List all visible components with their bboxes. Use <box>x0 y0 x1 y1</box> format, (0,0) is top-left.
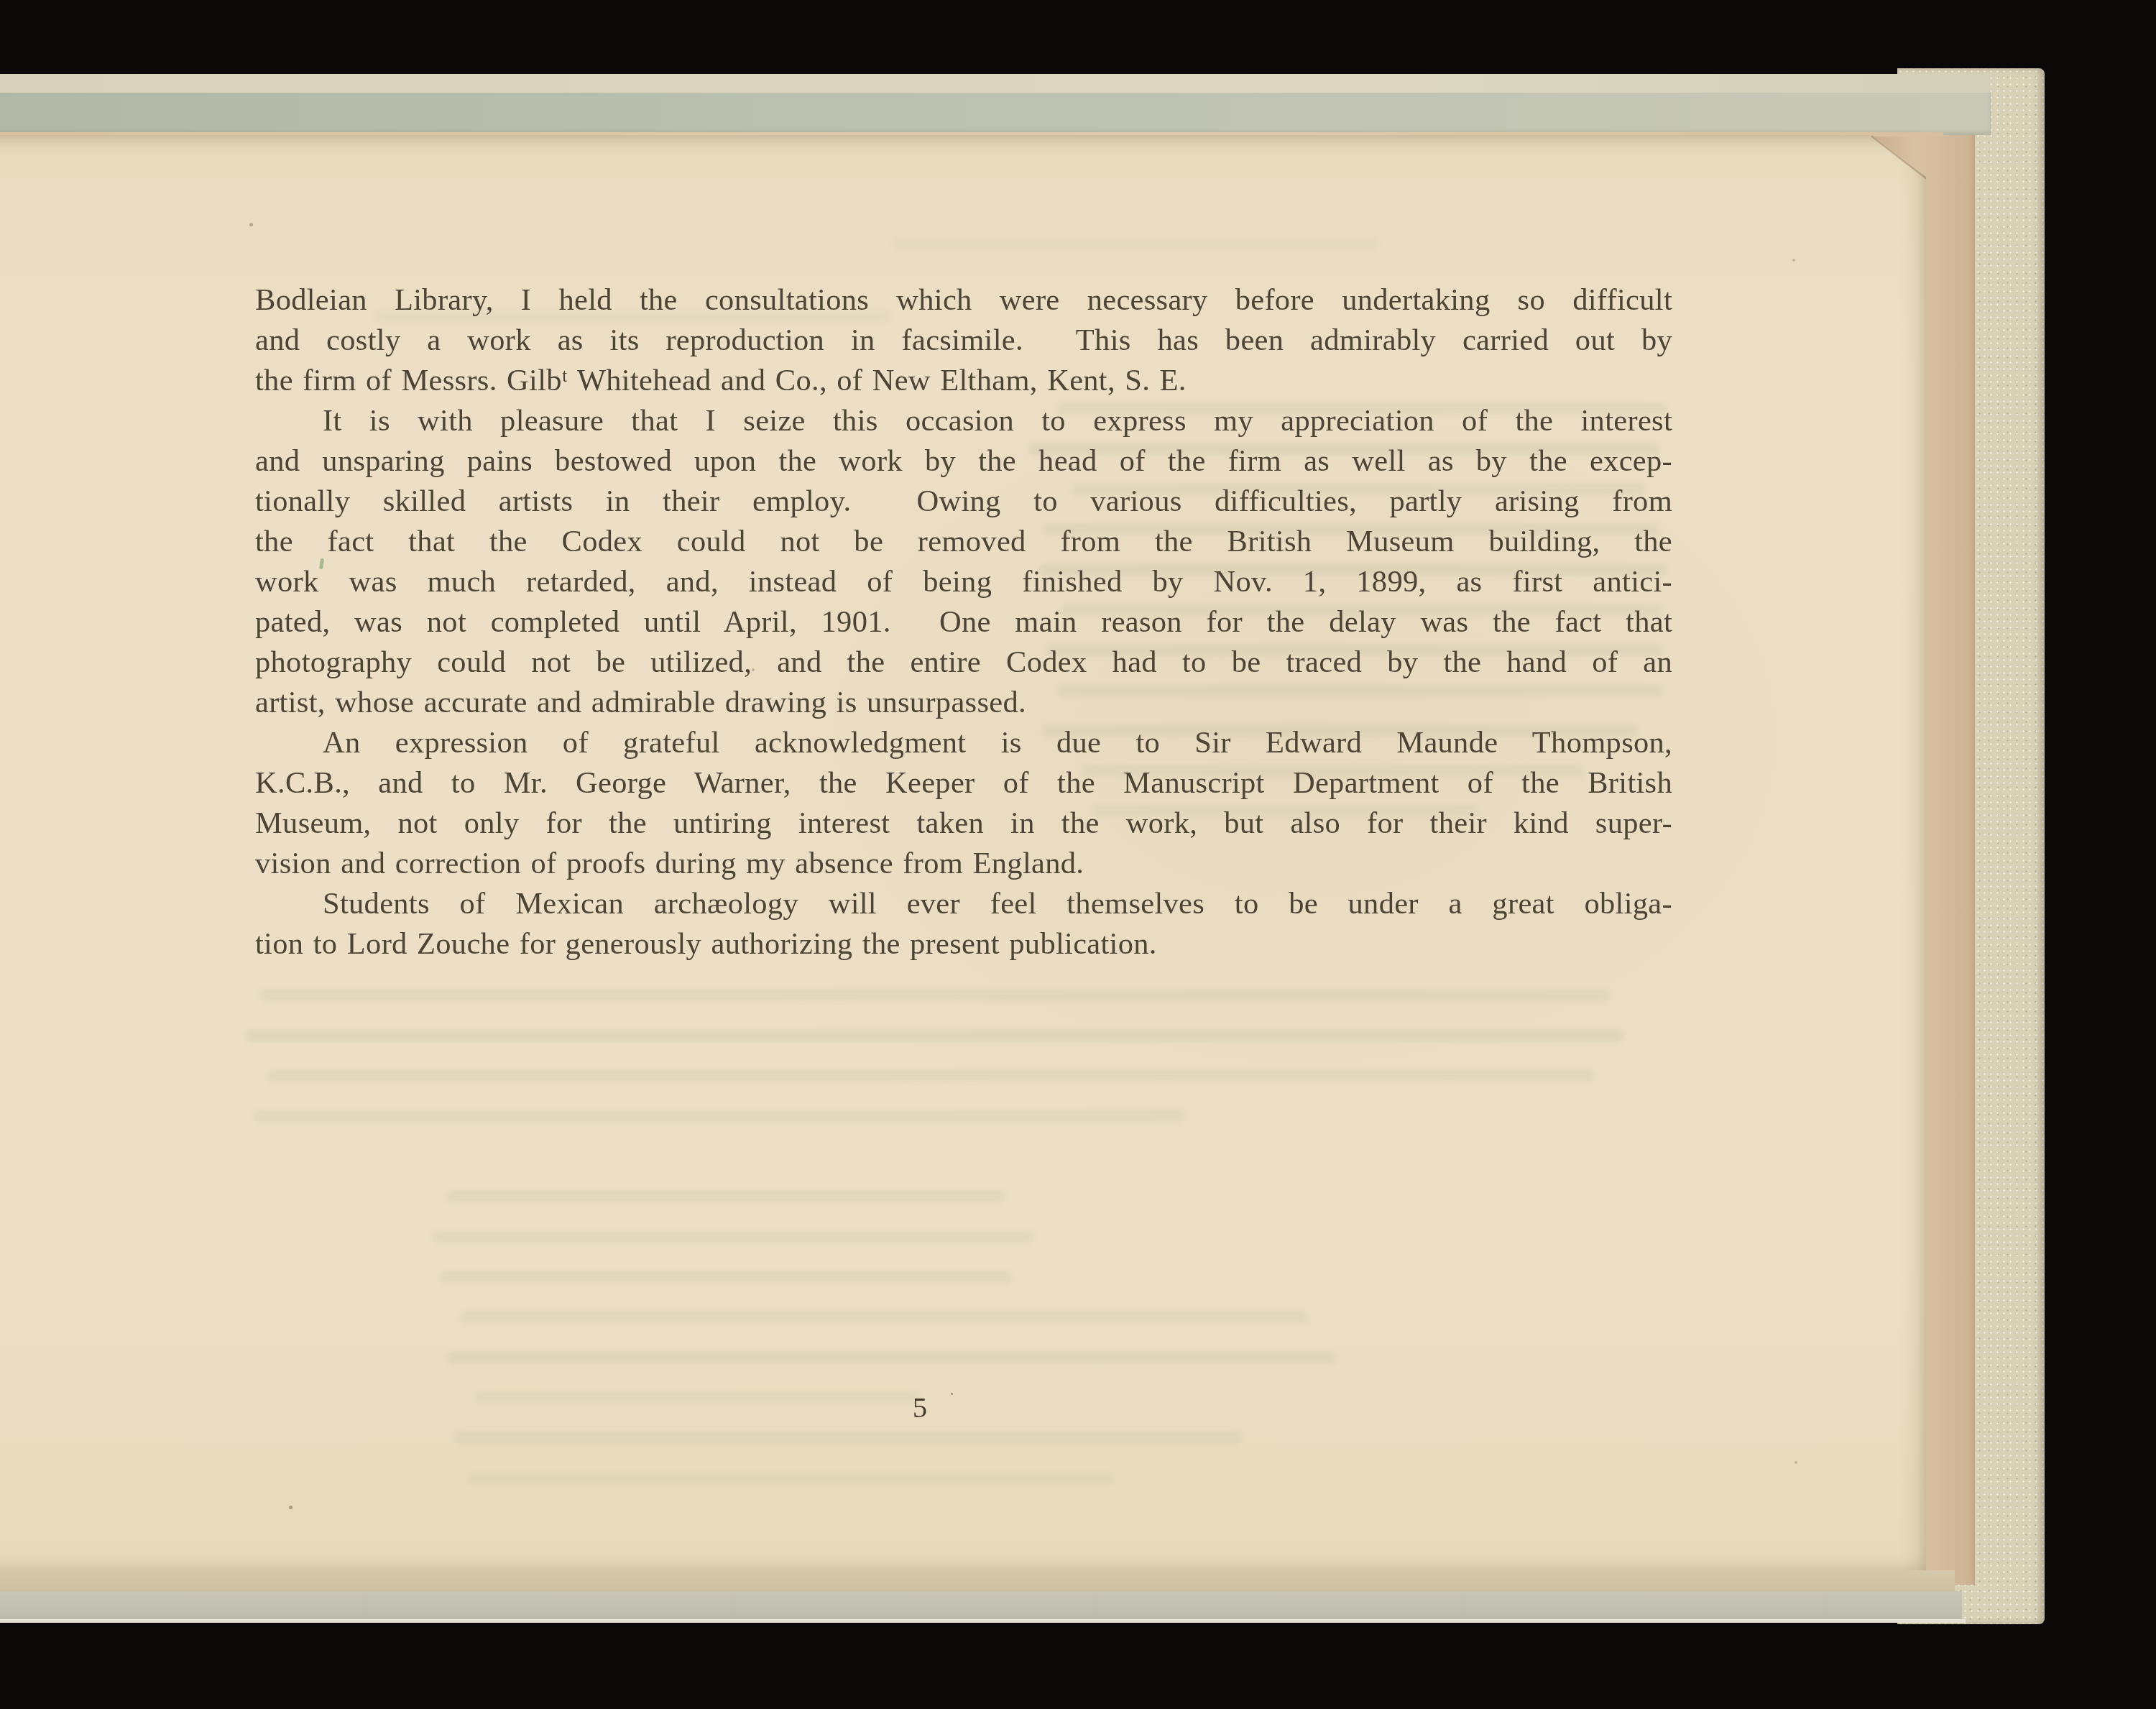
text-line: Students of Mexican archæology will ever… <box>255 884 1672 924</box>
text-line: and costly a work as its reproduction in… <box>255 321 1672 361</box>
text-line: tionally skilled artists in their employ… <box>255 482 1672 522</box>
dust-speck <box>1792 259 1795 262</box>
text-line: K.C.B., and to Mr. George Warner, the Ke… <box>255 763 1672 803</box>
text-line: photography could not be utilized, and t… <box>255 642 1672 683</box>
page-text: Bodleian Library, I held the consultatio… <box>255 280 1672 964</box>
text-line: It is with pleasure that I seize this oc… <box>255 401 1672 441</box>
text-line: tion to Lord Zouche for generously autho… <box>255 924 1672 964</box>
text-line: the fact that the Codex could not be rem… <box>255 522 1672 562</box>
dust-speck <box>752 668 755 671</box>
text-line: vision and correction of proofs during m… <box>255 844 1672 884</box>
page-edge-top-sliver <box>0 74 1991 93</box>
show-through-line <box>438 1271 1013 1284</box>
text-line: artist, whose accurate and admirable dra… <box>255 683 1672 723</box>
show-through-line <box>474 1391 920 1404</box>
tissue-guard-edge <box>0 93 1991 135</box>
show-through-line <box>453 1432 1243 1445</box>
text-line: Museum, not only for the untiring intere… <box>255 803 1672 844</box>
page-number: 5 <box>880 1390 959 1424</box>
paragraph: It is with pleasure that I seize this oc… <box>255 401 1672 723</box>
dust-speck <box>249 223 253 226</box>
show-through-line <box>431 1230 1035 1243</box>
book-page: Bodleian Library, I held the consultatio… <box>0 135 1926 1570</box>
show-through-line <box>266 1069 1595 1082</box>
show-through-line <box>891 237 1380 250</box>
show-through-line <box>446 1190 1006 1203</box>
show-through-line <box>244 1029 1624 1042</box>
dust-speck <box>951 1393 953 1395</box>
scanned-book-photo: Bodleian Library, I held the consultatio… <box>0 0 2156 1709</box>
paragraph: Bodleian Library, I held the consultatio… <box>255 280 1672 401</box>
text-line: Bodleian Library, I held the consultatio… <box>255 280 1672 321</box>
text-line: work was much retarded, and, instead of … <box>255 562 1672 602</box>
paragraph: An expression of grateful acknowledgment… <box>255 723 1672 884</box>
dust-speck <box>289 1506 292 1509</box>
text-line: An expression of grateful acknowledgment… <box>255 723 1672 763</box>
show-through-line <box>259 989 1610 1002</box>
text-line: the firm of Messrs. Gilbᵗ Whitehead and … <box>255 361 1672 401</box>
cover-bottom-highlight <box>0 1619 1966 1623</box>
paragraph: Students of Mexican archæology will ever… <box>255 884 1672 964</box>
cover-bottom-edge <box>0 1591 1962 1620</box>
show-through-line <box>460 1311 1308 1324</box>
text-line: pated, was not completed until April, 19… <box>255 602 1672 642</box>
show-through-line <box>467 1472 1114 1485</box>
show-through-line <box>252 1110 1186 1123</box>
dust-speck <box>1795 1461 1797 1464</box>
text-line: and unsparing pains bestowed upon the wo… <box>255 441 1672 482</box>
show-through-line <box>446 1351 1337 1364</box>
page-bottom-edge <box>0 1570 1955 1591</box>
